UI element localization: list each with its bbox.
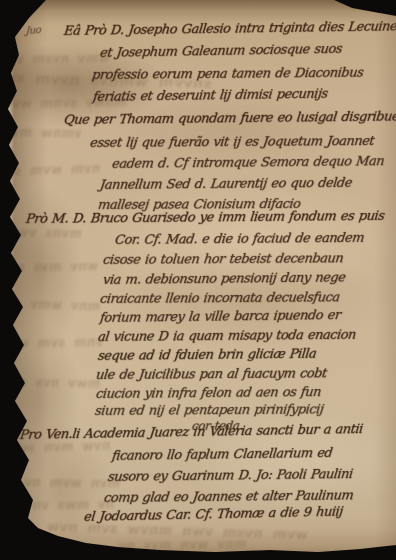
text-line: forium marey la ville barca ipuendo er — [99, 308, 341, 326]
text-line: ficanoro llo faplum Clanellarium ed — [111, 446, 333, 464]
bleedthrough-mark: vnm svm wn — [7, 335, 104, 352]
text-line: via m. debionsuno pensionij dany nege — [102, 270, 346, 288]
text-line: esset lij que fuerão vit ij es Joquetum … — [89, 134, 375, 151]
bleedthrough-mark: mwv nvs mv — [5, 375, 101, 392]
folio-mark: Juo — [25, 23, 41, 39]
bleedthrough-mark: wnv mvs nv — [7, 259, 99, 276]
text-line: seque ad id fduien brin gliciæ Pilla — [97, 347, 317, 364]
manuscript-page: wmv nvsm vwsnvvm wmnvs nvvm smmnwv svnm … — [0, 0, 396, 560]
text-line: Jannellum Sed d. Laurentij eo quo delde — [99, 176, 353, 193]
bleedthrough-mark: mnv wvn mvs nv — [117, 537, 247, 554]
bleedthrough-mark: nvm wvm sv — [5, 161, 101, 179]
text-line: Eâ Prò D. Josepho Gallesio intra trigint… — [63, 19, 396, 39]
text-line: cisose io toluen hor tebeist decenbaun — [102, 251, 344, 268]
text-line: Que per Thomam quondam fuere eo lusigal … — [63, 109, 396, 128]
text-line: eadem d. Cf intromque Semora dequo Man — [111, 154, 385, 172]
bleedthrough-mark: wmv nvsm vw — [3, 51, 111, 68]
text-line: professio eorum pena tamen de Diaconibus — [91, 66, 364, 83]
bleedthrough-mark: mnv wmv sv — [5, 296, 102, 314]
text-line: Cor. Cf. Mad. e die io faciud de eandem — [114, 231, 365, 248]
text-line: el Jodoardus Car. Cf. Thomæ a die 9 huii… — [83, 505, 343, 525]
margin-note-line: Pro Ven.li Academia Juarez in Valeria sa… — [19, 422, 363, 443]
text-line: ule de Juicilibus pan al fuacuym cobt — [95, 366, 328, 383]
text-line: et Josephum Galeanum sociosque suos — [99, 42, 343, 61]
text-line: susoro ey Guarinum D. Jo: Paoli Paulini — [107, 467, 353, 485]
text-line: ciucion yin infra felon ad aen os fun — [95, 385, 322, 402]
text-line: feriatis et deseruint lij dimisi pecunij… — [92, 87, 328, 105]
scan-background: wmv nvsm vwsnvvm wmnvs nvvm smmnwv svnm … — [0, 0, 396, 560]
text-line: sium ed nij el pentapeun pirinifypicij — [94, 402, 324, 419]
text-line: ciraicante llenio incornata decuelsfuca — [99, 290, 341, 307]
text-line: comp glad eo Joannes et alter Paulinum — [103, 488, 354, 506]
bleedthrough-mark: mvns vwm — [3, 225, 83, 241]
margin-note-line: Prò M. D. Bruco Guarisedo ye imm lieum f… — [25, 209, 385, 227]
text-line: al vicune D ia quam misapy toda enacion — [97, 328, 357, 345]
